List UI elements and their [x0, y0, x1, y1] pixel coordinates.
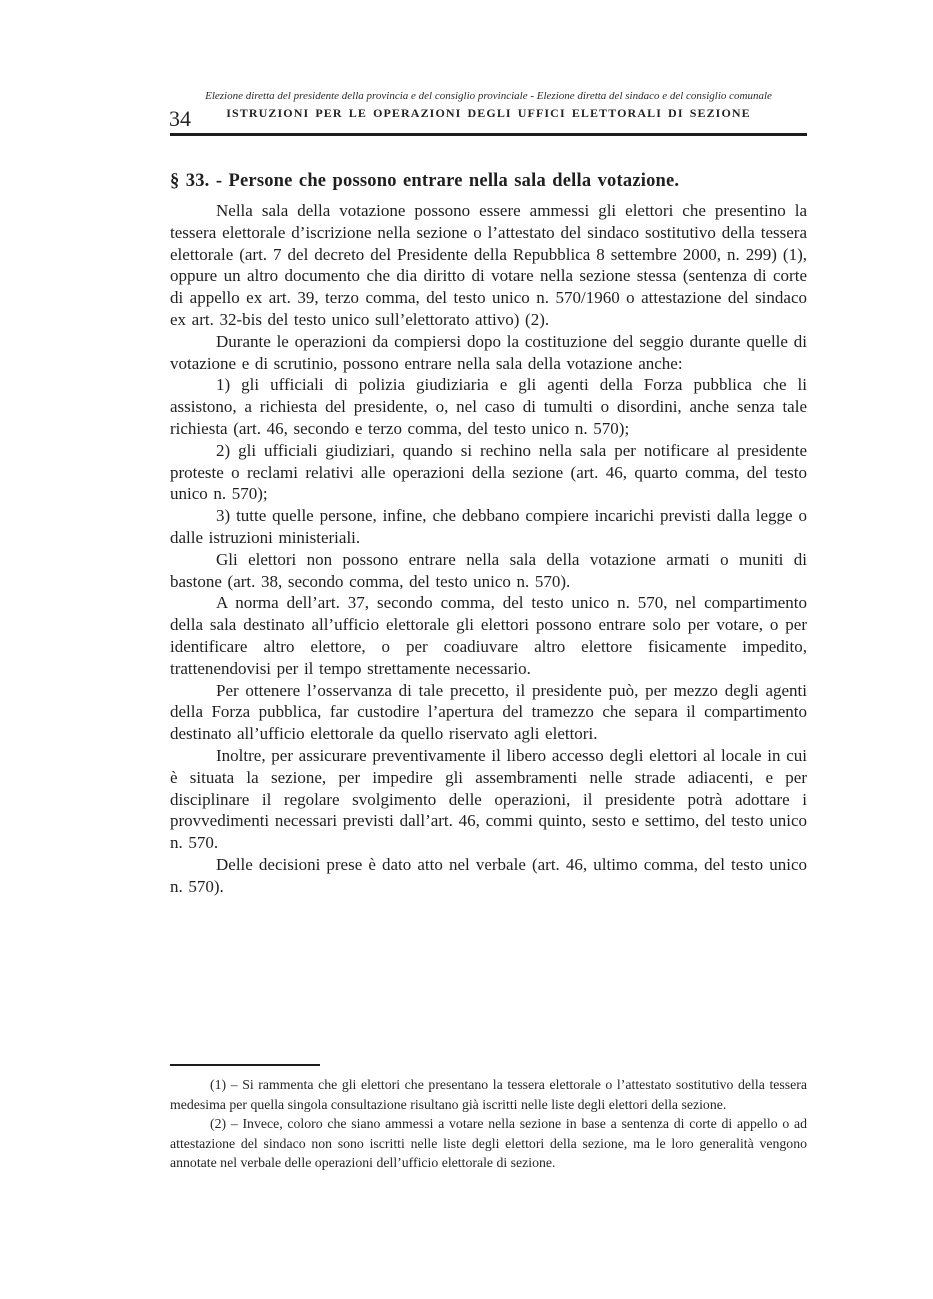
paragraph-president-enforcement: Per ottenere l’osservanza di tale precet… [170, 680, 807, 745]
footnote-2: (2) – Invece, coloro che siano ammessi a… [170, 1114, 807, 1173]
paragraph-during-operations: Durante le operazioni da compiersi dopo … [170, 331, 807, 375]
footnotes: (1) – Si rammenta che gli elettori che p… [170, 1064, 807, 1173]
paragraph-no-weapons: Gli elettori non possono entrare nella s… [170, 549, 807, 593]
header-rule [170, 133, 807, 136]
document-page: Elezione diretta del presidente della pr… [0, 0, 933, 1299]
paragraph-intro: Nella sala della votazione possono esser… [170, 200, 807, 331]
body-text: Nella sala della votazione possono esser… [170, 200, 807, 898]
paragraph-art37: A norma dell’art. 37, secondo comma, del… [170, 592, 807, 679]
running-head-instructions-line: ISTRUZIONI PER LE OPERAZIONI DEGLI UFFIC… [170, 106, 807, 120]
page-number: 34 [169, 106, 191, 132]
paragraph-free-access: Inoltre, per assicurare preventivamente … [170, 745, 807, 854]
running-head-election-line: Elezione diretta del presidente della pr… [170, 90, 807, 103]
running-head: Elezione diretta del presidente della pr… [170, 90, 807, 120]
section-title: § 33. - Persone che possono entrare nell… [170, 169, 807, 193]
footnote-separator-rule [170, 1064, 320, 1066]
list-item-2-judicial-officials: 2) gli ufficiali giudiziari, quando si r… [170, 440, 807, 505]
list-item-3-other-persons: 3) tutte quelle persone, infine, che deb… [170, 505, 807, 549]
paragraph-decisions-recorded: Delle decisioni prese è dato atto nel ve… [170, 854, 807, 898]
list-item-1-police-officials: 1) gli ufficiali di polizia giudiziaria … [170, 374, 807, 439]
footnote-1: (1) – Si rammenta che gli elettori che p… [170, 1075, 807, 1114]
